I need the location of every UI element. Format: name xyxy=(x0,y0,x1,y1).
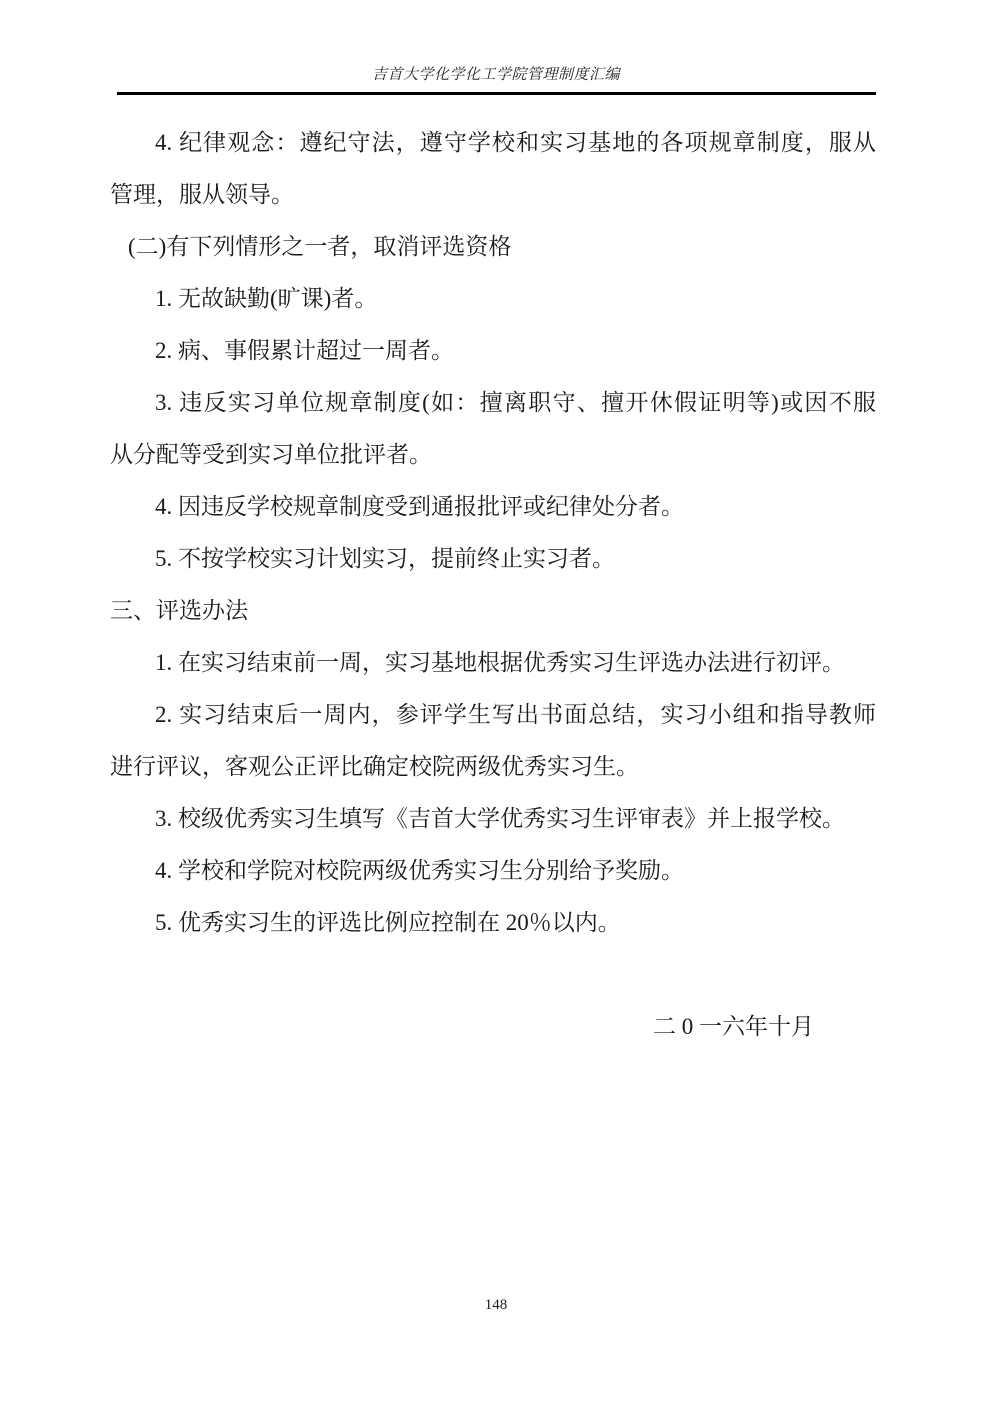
page-number: 148 xyxy=(485,1297,508,1313)
body-paragraph: 1. 无故缺勤(旷课)者。 xyxy=(110,273,876,325)
date-line: 二 0 一六年十月 xyxy=(110,1001,876,1053)
text-line: 5. 不按学校实习计划实习，提前终止实习者。 xyxy=(110,533,876,585)
text-line: 2. 实习结束后一周内，参评学生写出书面总结，实习小组和指导教师 xyxy=(110,689,876,741)
body-paragraph: (二)有下列情形之一者，取消评选资格 xyxy=(110,221,876,273)
document-page: 吉首大学化学化工学院管理制度汇编 4. 纪律观念：遵纪守法，遵守学校和实习基地的… xyxy=(0,0,992,1403)
body-paragraph: 2. 病、事假累计超过一周者。 xyxy=(110,325,876,377)
body-paragraph: 1. 在实习结束前一周，实习基地根据优秀实习生评选办法进行初评。 xyxy=(110,637,876,689)
body-paragraph: 3. 校级优秀实习生填写《吉首大学优秀实习生评审表》并上报学校。 xyxy=(110,793,876,845)
text-line: 1. 无故缺勤(旷课)者。 xyxy=(110,273,876,325)
document-body: 4. 纪律观念：遵纪守法，遵守学校和实习基地的各项规章制度，服从管理，服从领导。… xyxy=(110,117,876,1053)
body-paragraph: 4. 因违反学校规章制度受到通报批评或纪律处分者。 xyxy=(110,481,876,533)
body-paragraph: 4. 学校和学院对校院两级优秀实习生分别给予奖励。 xyxy=(110,845,876,897)
text-line: 4. 因违反学校规章制度受到通报批评或纪律处分者。 xyxy=(110,481,876,533)
body-paragraph: 3. 违反实习单位规章制度(如：擅离职守、擅开休假证明等)或因不服从分配等受到实… xyxy=(110,377,876,481)
text-line: 三、评选办法 xyxy=(110,585,876,637)
text-line: 2. 病、事假累计超过一周者。 xyxy=(110,325,876,377)
text-line: 1. 在实习结束前一周，实习基地根据优秀实习生评选办法进行初评。 xyxy=(110,637,876,689)
body-paragraph: 三、评选办法 xyxy=(110,585,876,637)
header-title: 吉首大学化学化工学院管理制度汇编 xyxy=(0,63,992,84)
text-line: 从分配等受到实习单位批评者。 xyxy=(110,429,876,481)
body-paragraph: 4. 纪律观念：遵纪守法，遵守学校和实习基地的各项规章制度，服从管理，服从领导。 xyxy=(110,117,876,221)
text-line: 二 0 一六年十月 xyxy=(110,1001,876,1053)
page-footer: 148 xyxy=(0,1297,992,1314)
text-line: 进行评议，客观公正评比确定校院两级优秀实习生。 xyxy=(110,741,876,793)
text-line: 4. 学校和学院对校院两级优秀实习生分别给予奖励。 xyxy=(110,845,876,897)
text-line: 4. 纪律观念：遵纪守法，遵守学校和实习基地的各项规章制度，服从 xyxy=(110,117,876,169)
text-line: 5. 优秀实习生的评选比例应控制在 20％以内。 xyxy=(110,897,876,949)
body-paragraph: 5. 优秀实习生的评选比例应控制在 20％以内。 xyxy=(110,897,876,949)
text-line: (二)有下列情形之一者，取消评选资格 xyxy=(110,221,876,273)
header-rule xyxy=(117,92,876,95)
body-paragraph: 5. 不按学校实习计划实习，提前终止实习者。 xyxy=(110,533,876,585)
text-line: 管理，服从领导。 xyxy=(110,169,876,221)
body-paragraph: 2. 实习结束后一周内，参评学生写出书面总结，实习小组和指导教师进行评议，客观公… xyxy=(110,689,876,793)
text-line: 3. 违反实习单位规章制度(如：擅离职守、擅开休假证明等)或因不服 xyxy=(110,377,876,429)
text-line: 3. 校级优秀实习生填写《吉首大学优秀实习生评审表》并上报学校。 xyxy=(110,793,876,845)
